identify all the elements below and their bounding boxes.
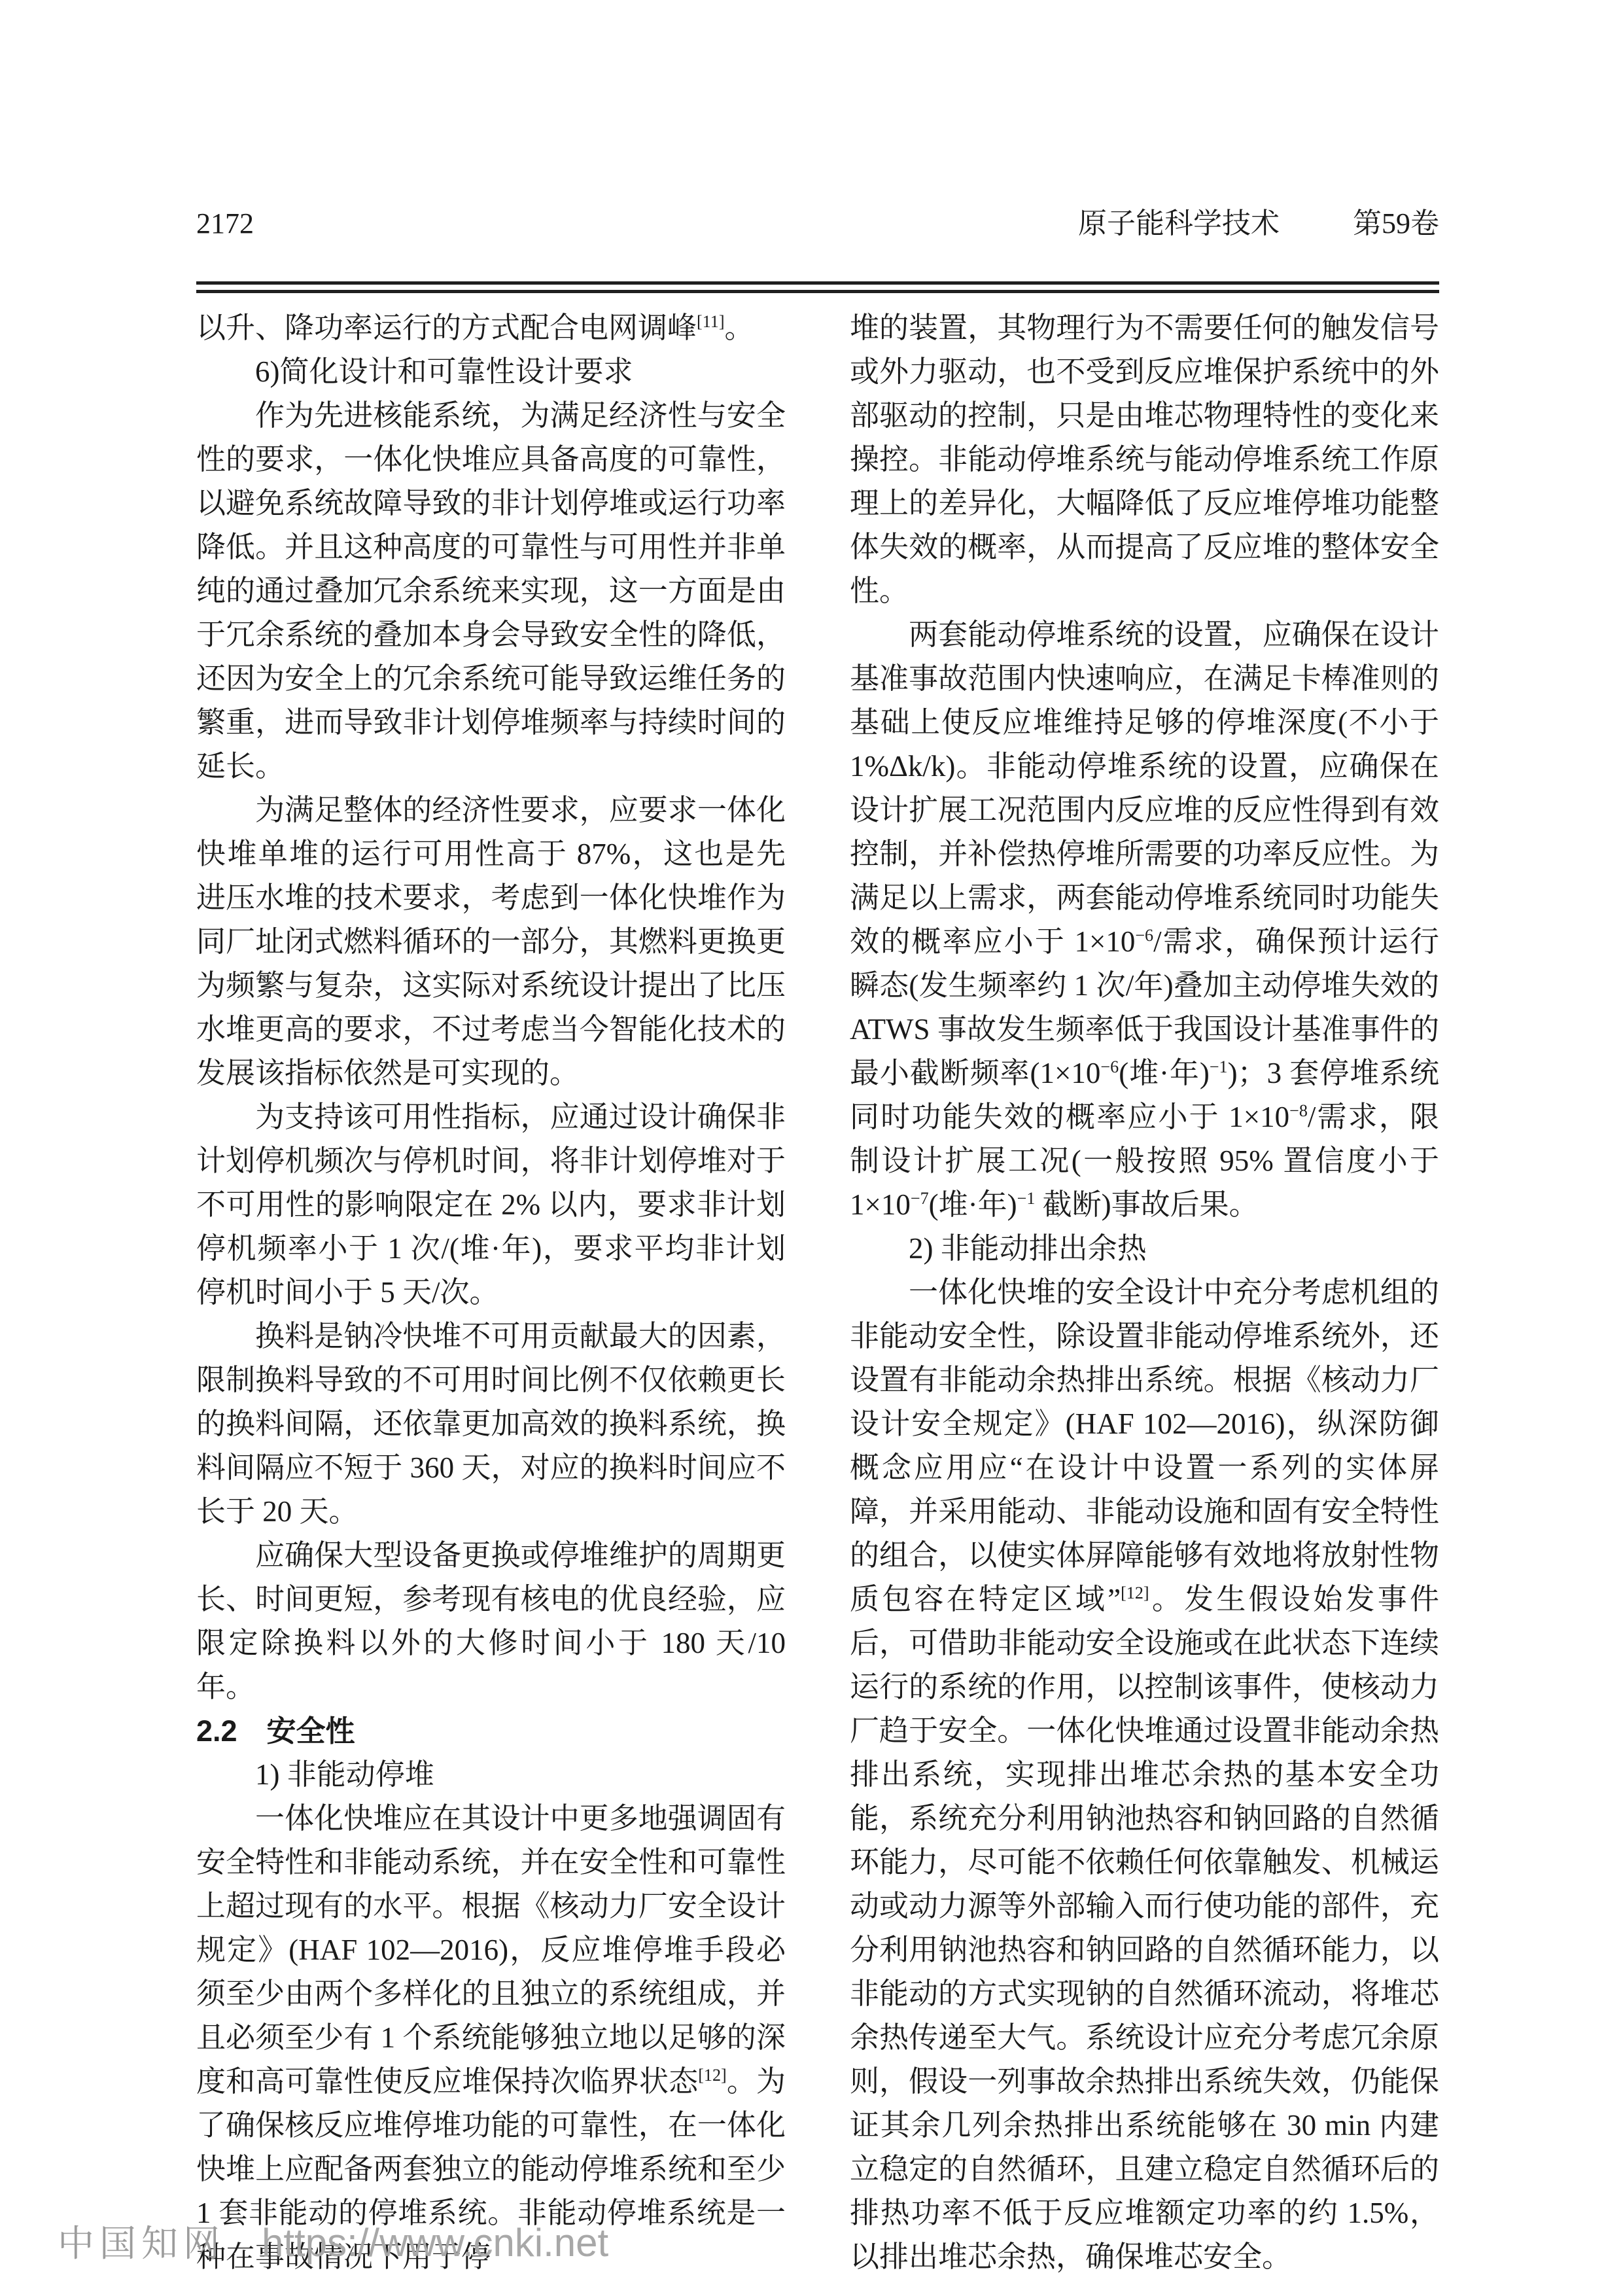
paragraph: 为满足整体的经济性要求，应要求一体化快堆单堆的运行可用性高于 87%，这也是先进… — [196, 788, 786, 1095]
paragraph: 一体化快堆应在其设计中更多地强调固有安全特性和非能动系统，并在安全性和可靠性上超… — [196, 1797, 786, 2279]
paragraph: 应确保大型设备更换或停堆维护的周期更长、时间更短，参考现有核电的优良经验，应限定… — [196, 1534, 786, 1709]
text-columns: 以升、降功率运行的方式配合电网调峰[11]。6)简化设计和可靠性设计要求作为先进… — [196, 306, 1439, 2279]
sub-heading: 6)简化设计和可靠性设计要求 — [196, 350, 786, 394]
sub-heading: 2) 非能动排出余热 — [850, 1227, 1439, 1271]
paragraph: 作为先进核能系统，为满足经济性与安全性的要求，一体化快堆应具备高度的可靠性，以避… — [196, 394, 786, 788]
superscript-marker: [12] — [1121, 1583, 1149, 1602]
cnki-brand-text: 中国知网 — [58, 2215, 225, 2267]
sub-heading: 1) 非能动停堆 — [196, 1753, 786, 1797]
paragraph: 一体化快堆的安全设计中充分考虑机组的非能动安全性，除设置非能动停堆系统外，还设置… — [850, 1271, 1439, 2279]
superscript-marker: −1 — [1210, 1057, 1228, 1076]
header-double-rule — [196, 281, 1439, 293]
paragraph: 以升、降功率运行的方式配合电网调峰[11]。 — [196, 306, 786, 350]
superscript-marker: −7 — [911, 1189, 929, 1208]
section-heading: 2.2 安全性 — [196, 1709, 786, 1753]
paragraph: 堆的装置，其物理行为不需要任何的触发信号或外力驱动，也不受到反应堆保护系统中的外… — [850, 306, 1439, 613]
journal-title: 原子能科学技术 — [1078, 207, 1280, 241]
superscript-marker: [12] — [698, 2066, 726, 2085]
page-header: 2172 原子能科学技术 第59卷 — [196, 207, 1439, 241]
column-right: 堆的装置，其物理行为不需要任何的触发信号或外力驱动，也不受到反应堆保护系统中的外… — [850, 306, 1439, 2279]
cnki-url-text: https://www.cnki.net — [262, 2220, 608, 2265]
paragraph: 为支持该可用性指标，应通过设计确保非计划停机频次与停机时间，将非计划停堆对于不可… — [196, 1095, 786, 1315]
cnki-watermark: 中国知网 https://www.cnki.net — [58, 2215, 608, 2267]
superscript-marker: −6 — [1100, 1057, 1119, 1076]
superscript-marker: −1 — [1017, 1189, 1036, 1208]
superscript-marker: −8 — [1289, 1101, 1308, 1120]
paragraph: 两套能动停堆系统的设置，应确保在设计基准事故范围内快速响应，在满足卡棒准则的基础… — [850, 613, 1439, 1227]
paragraph: 换料是钠冷快堆不可用贡献最大的因素，限制换料导致的不可用时间比例不仅依赖更长的换… — [196, 1315, 786, 1534]
volume-label: 第59卷 — [1353, 207, 1439, 241]
superscript-marker: [11] — [697, 312, 725, 331]
column-left: 以升、降功率运行的方式配合电网调峰[11]。6)简化设计和可靠性设计要求作为先进… — [196, 306, 786, 2279]
page-number: 2172 — [196, 207, 254, 241]
superscript-marker: −6 — [1135, 926, 1153, 945]
